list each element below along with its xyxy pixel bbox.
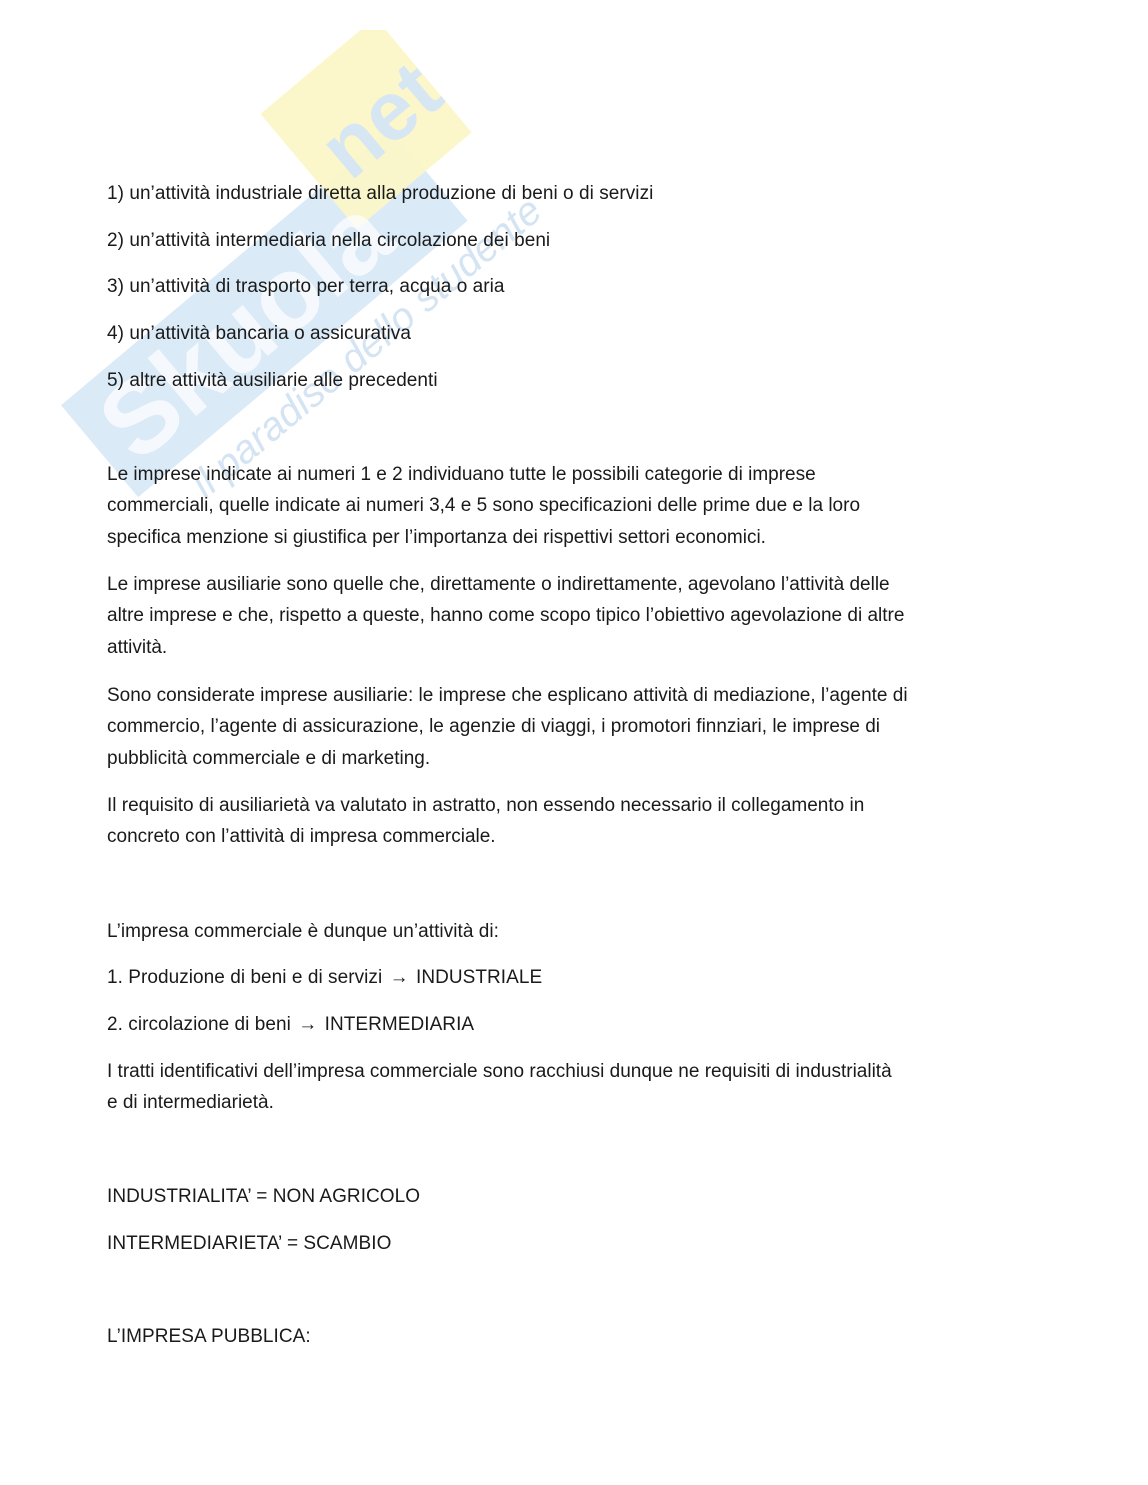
paragraph-line: concreto con l’attività di impresa comme… (107, 821, 1037, 852)
summary-item-text: 2. circolazione di beni (107, 1014, 291, 1035)
equation-intermediarieta: INTERMEDIARIETA’ = SCAMBIO (107, 1232, 391, 1256)
summary-item-industriale: 1. Produzione di beni e di servizi → IND… (107, 966, 542, 990)
section-heading-impresa-pubblica: L’IMPRESA PUBBLICA: (107, 1325, 311, 1349)
list-item-activity: 1) un’attività industriale diretta alla … (107, 182, 653, 206)
paragraph-line: Il requisito di ausiliarietà va valutato… (107, 790, 1037, 821)
paragraph-line: I tratti identificativi dell’impresa com… (107, 1056, 1037, 1087)
summary-item-result: INTERMEDIARIA (325, 1014, 475, 1035)
equation-industrialita: INDUSTRIALITA’ = NON AGRICOLO (107, 1185, 420, 1209)
paragraph-ausiliarie-elenco: Sono considerate imprese ausiliarie: le … (107, 680, 1037, 774)
summary-item-intermediaria: 2. circolazione di beni → INTERMEDIARIA (107, 1013, 474, 1037)
list-item-activity: 4) un’attività bancaria o assicurativa (107, 322, 411, 346)
paragraph-line: Sono considerate imprese ausiliarie: le … (107, 680, 1037, 711)
document-page: net Skuola il paradiso dello studente 1)… (0, 0, 1148, 1485)
list-item-activity: 3) un’attività di trasporto per terra, a… (107, 275, 505, 299)
paragraph-ausiliarie-definizione: Le imprese ausiliarie sono quelle che, d… (107, 569, 1037, 663)
paragraph-line: altre imprese e che, rispetto a queste, … (107, 600, 1037, 631)
paragraph-line: commercio, l’agente di assicurazione, le… (107, 711, 1037, 742)
paragraph-line: commerciali, quelle indicate ai numeri 3… (107, 490, 1037, 521)
summary-item-text: 1. Produzione di beni e di servizi (107, 967, 382, 988)
list-item-activity: 2) un’attività intermediaria nella circo… (107, 229, 550, 253)
right-arrow-icon: → (388, 967, 411, 988)
summary-intro: L’impresa commerciale è dunque un’attivi… (107, 920, 499, 944)
paragraph-line: Le imprese indicate ai numeri 1 e 2 indi… (107, 459, 1037, 490)
skuola-watermark-logo: net Skuola il paradiso dello studente (40, 30, 560, 510)
paragraph-tratti: I tratti identificativi dell’impresa com… (107, 1056, 1037, 1119)
right-arrow-icon: → (296, 1014, 319, 1035)
list-item-activity: 5) altre attività ausiliarie alle preced… (107, 369, 438, 393)
summary-item-result: INDUSTRIALE (416, 967, 542, 988)
paragraph-line: attività. (107, 632, 1037, 663)
paragraph-line: pubblicità commerciale e di marketing. (107, 743, 1037, 774)
paragraph-ausiliarieta: Il requisito di ausiliarietà va valutato… (107, 790, 1037, 853)
paragraph-line: specifica menzione si giustifica per l’i… (107, 522, 1037, 553)
paragraph-line: e di intermediarietà. (107, 1087, 1037, 1118)
paragraph-categorie: Le imprese indicate ai numeri 1 e 2 indi… (107, 459, 1037, 553)
paragraph-line: Le imprese ausiliarie sono quelle che, d… (107, 569, 1037, 600)
watermark-net-text: net (301, 43, 458, 196)
